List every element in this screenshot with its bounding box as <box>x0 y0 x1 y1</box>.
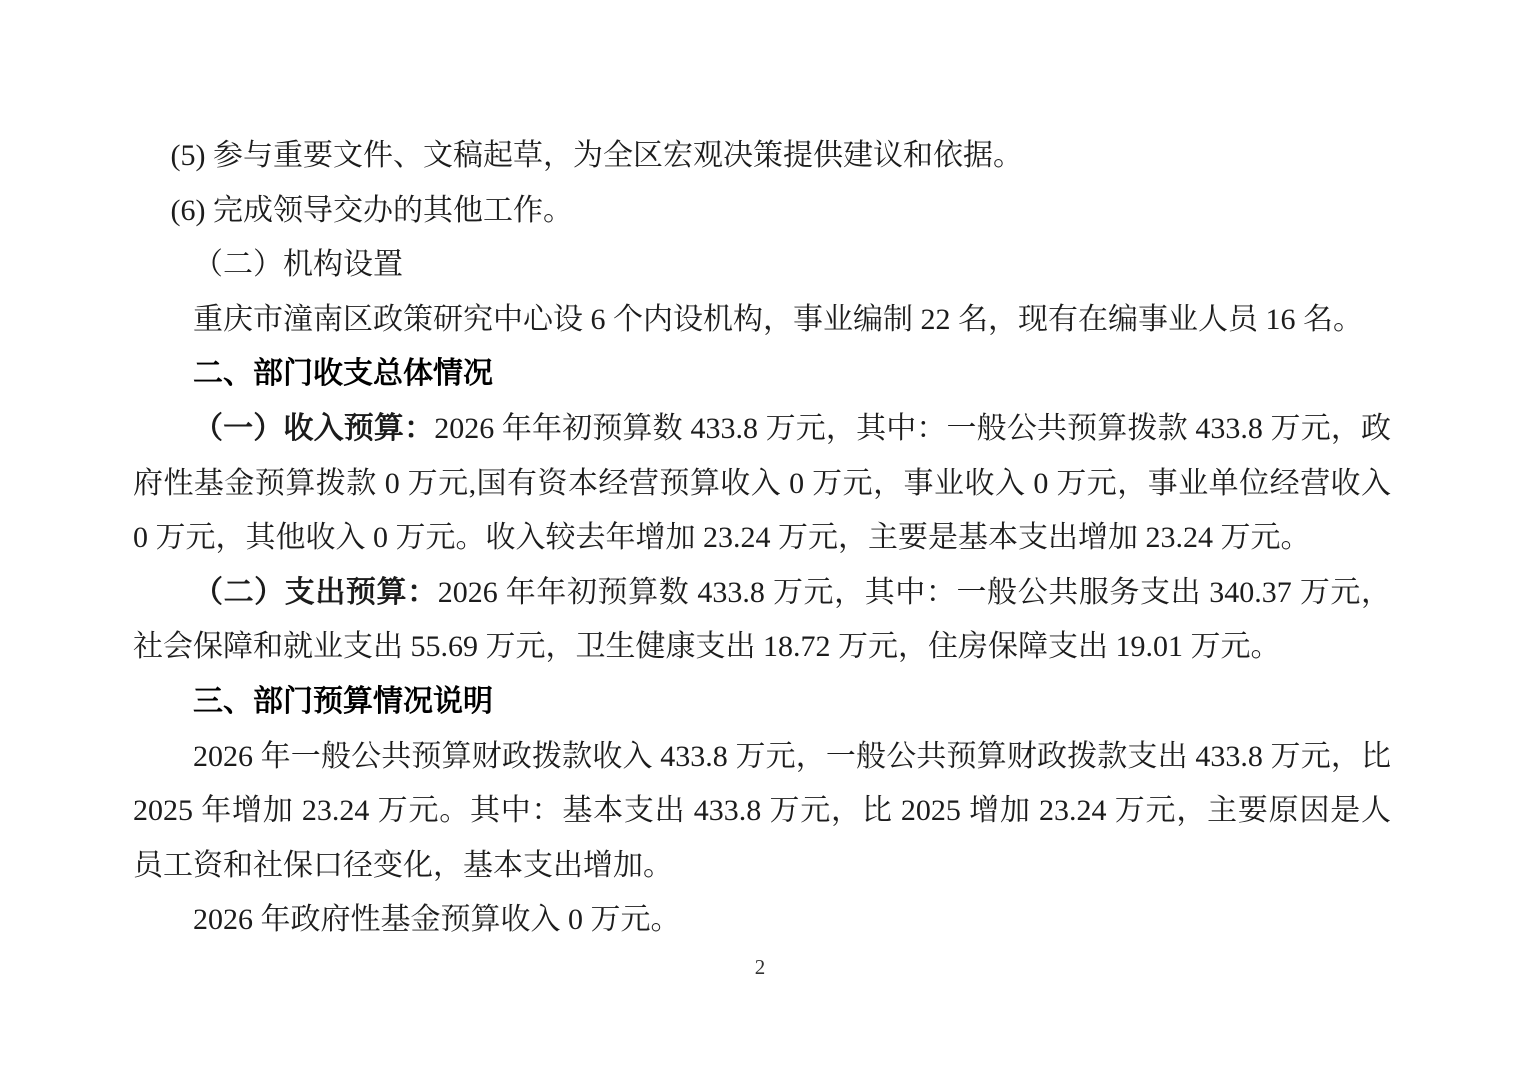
document-page: (5) 参与重要文件、文稿起草，为全区宏观决策提供建议和依据。 (6) 完成领导… <box>0 0 1520 1074</box>
page-number: 2 <box>755 955 766 979</box>
income-budget-label: （一）收入预算： <box>193 412 434 445</box>
subsection-org-setup-heading: （二）机构设置 <box>133 238 1391 293</box>
paragraph-gov-fund: 2026 年政府性基金预算收入 0 万元。 <box>133 893 1391 948</box>
paragraph-duty-6: (6) 完成领导交办的其他工作。 <box>133 184 1391 239</box>
paragraph-income-budget: （一）收入预算：2026 年年初预算数 433.8 万元，其中：一般公共预算拨款… <box>133 402 1391 566</box>
paragraph-duty-5: (5) 参与重要文件、文稿起草，为全区宏观决策提供建议和依据。 <box>133 129 1391 184</box>
section-heading-budget-overview: 二、部门收支总体情况 <box>133 347 1391 402</box>
paragraph-org-setup: 重庆市潼南区政策研究中心设 6 个内设机构，事业编制 22 名，现有在编事业人员… <box>133 293 1391 348</box>
section-heading-budget-explanation: 三、部门预算情况说明 <box>133 675 1391 730</box>
paragraph-expense-budget: （二）支出预算：2026 年年初预算数 433.8 万元，其中：一般公共服务支出… <box>133 566 1391 675</box>
document-content: (5) 参与重要文件、文稿起草，为全区宏观决策提供建议和依据。 (6) 完成领导… <box>133 129 1391 948</box>
page-footer: 2 <box>0 954 1520 980</box>
paragraph-fiscal-appropriation: 2026 年一般公共预算财政拨款收入 433.8 万元，一般公共预算财政拨款支出… <box>133 730 1391 894</box>
expense-budget-label: （二）支出预算： <box>193 576 438 609</box>
